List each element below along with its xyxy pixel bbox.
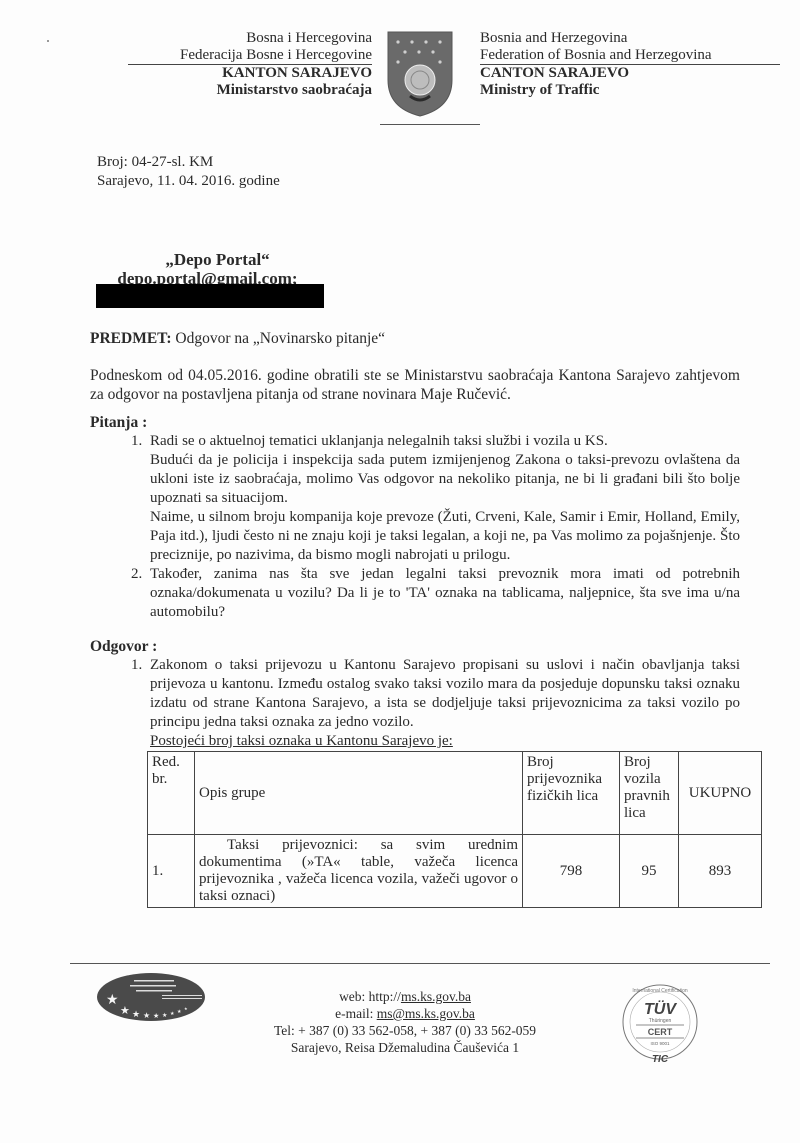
canton-name-en: CANTON SARAJEVO bbox=[480, 65, 780, 82]
footer-divider bbox=[70, 963, 770, 964]
address-line: Sarajevo, Reisa Džemaludina Čauševića 1 bbox=[240, 1039, 570, 1056]
answer-item: Zakonom o taksi prijevozu u Kantonu Sara… bbox=[146, 656, 740, 751]
question-item: Također, zanima nas šta sve jedan legaln… bbox=[146, 565, 740, 622]
letterhead-left: Bosna i Hercegovina Federacija Bosne i H… bbox=[150, 30, 372, 99]
table-cell: Taksi prijevoznici: sa svim urednim doku… bbox=[195, 835, 523, 908]
question-text: Također, zanima nas šta sve jedan legaln… bbox=[150, 565, 740, 622]
taxi-marks-table: Red. br. Opis grupe Broj prijevoznika fi… bbox=[147, 751, 762, 908]
svg-text:★: ★ bbox=[177, 1009, 182, 1015]
letterhead-right: Bosnia and Herzegovina Federation of Bos… bbox=[480, 30, 780, 99]
coat-of-arms-icon bbox=[386, 30, 454, 118]
email-line: e-mail: ms@ms.ks.gov.ba bbox=[240, 1005, 570, 1022]
table-header-row: Red. br. Opis grupe Broj prijevoznika fi… bbox=[148, 752, 762, 835]
question-text: Naime, u silnom broju kompanija koje pre… bbox=[150, 508, 740, 565]
crest-divider bbox=[380, 124, 480, 125]
document-meta: Broj: 04-27-sl. KM Sarajevo, 11. 04. 201… bbox=[97, 153, 280, 191]
document-date: Sarajevo, 11. 04. 2016. godine bbox=[97, 172, 280, 191]
recipient-name: „Depo Portal“ bbox=[120, 250, 315, 269]
svg-text:★: ★ bbox=[153, 1012, 159, 1020]
federation-name-en: Federation of Bosnia and Herzegovina bbox=[480, 47, 780, 65]
table-cell: 798 bbox=[523, 835, 620, 908]
scan-speck bbox=[47, 40, 49, 42]
svg-text:★: ★ bbox=[184, 1006, 188, 1011]
table-cell: 95 bbox=[620, 835, 679, 908]
ministry-name-bs: Ministarstvo saobraćaja bbox=[150, 82, 372, 99]
phone-line: Tel: + 387 (0) 33 562-058, + 387 (0) 33 … bbox=[240, 1022, 570, 1039]
canton-stars-logo-icon: ★ ★ ★ ★ ★ ★ ★ ★ ★ bbox=[96, 972, 206, 1022]
reference-number: Broj: 04-27-sl. KM bbox=[97, 153, 280, 172]
canton-name-bs: KANTON SARAJEVO bbox=[150, 65, 372, 82]
intro-paragraph: Podneskom od 04.05.2016. godine obratili… bbox=[90, 366, 740, 404]
contact-info: web: http://ms.ks.gov.ba e-mail: ms@ms.k… bbox=[240, 988, 570, 1056]
svg-text:★: ★ bbox=[120, 1004, 130, 1017]
table-header: Broj vozila pravnih lica bbox=[620, 752, 679, 835]
email-label: e-mail: bbox=[335, 1006, 377, 1021]
svg-text:TIC: TIC bbox=[652, 1054, 669, 1065]
answer-section: Odgovor : Zakonom o taksi prijevozu u Ka… bbox=[90, 638, 740, 908]
subject-line: PREDMET: Odgovor na „Novinarsko pitanje“ bbox=[90, 330, 385, 348]
email-link[interactable]: ms@ms.ks.gov.ba bbox=[377, 1006, 475, 1021]
subject-label: PREDMET: bbox=[90, 330, 172, 347]
answer-text: Zakonom o taksi prijevozu u Kantonu Sara… bbox=[150, 656, 740, 732]
svg-text:TÜV: TÜV bbox=[644, 999, 677, 1018]
answer-title: Odgovor : bbox=[90, 638, 740, 656]
recipient-block: „Depo Portal“ depo.portal@gmail.com; bbox=[120, 250, 315, 288]
table-header: UKUPNO bbox=[679, 752, 762, 835]
web-label: web: http:// bbox=[339, 989, 401, 1004]
question-item: Radi se o aktuelnoj tematici uklanjanja … bbox=[146, 432, 740, 565]
tuv-cert-logo-icon: TÜV Thüringen CERT ISO 9001 TIC Internat… bbox=[620, 972, 700, 1072]
svg-text:★: ★ bbox=[143, 1011, 150, 1020]
subject-text: Odgovor na „Novinarsko pitanje“ bbox=[172, 330, 386, 347]
table-caption: Postojeći broj taksi oznaka u Kantonu Sa… bbox=[150, 732, 740, 751]
table-header: Broj prijevoznika fizičkih lica bbox=[523, 752, 620, 835]
table-row: 1. Taksi prijevoznici: sa svim urednim d… bbox=[148, 835, 762, 908]
question-text: Budući da je policija i inspekcija sada … bbox=[150, 451, 740, 508]
svg-text:★: ★ bbox=[170, 1011, 175, 1017]
redaction-bar bbox=[96, 284, 324, 308]
table-cell: 1. bbox=[148, 835, 195, 908]
question-text: Radi se o aktuelnoj tematici uklanjanja … bbox=[150, 432, 740, 451]
federation-name-bs: Federacija Bosne i Hercegovine bbox=[128, 47, 372, 65]
svg-text:★: ★ bbox=[106, 992, 119, 1008]
table-header: Red. br. bbox=[148, 752, 195, 835]
ministry-name-en: Ministry of Traffic bbox=[480, 82, 780, 99]
country-name-bs: Bosna i Hercegovina bbox=[150, 30, 372, 47]
svg-text:CERT: CERT bbox=[648, 1027, 673, 1037]
table-cell: 893 bbox=[679, 835, 762, 908]
svg-text:International Certification: International Certification bbox=[632, 988, 688, 994]
table-header: Opis grupe bbox=[195, 752, 523, 835]
website-link[interactable]: ms.ks.gov.ba bbox=[401, 989, 471, 1004]
svg-text:★: ★ bbox=[132, 1010, 140, 1020]
svg-text:★: ★ bbox=[162, 1012, 167, 1019]
questions-title: Pitanja : bbox=[90, 414, 740, 432]
questions-section: Pitanja : Radi se o aktuelnoj tematici u… bbox=[90, 414, 740, 622]
website-line: web: http://ms.ks.gov.ba bbox=[240, 988, 570, 1005]
svg-text:Thüringen: Thüringen bbox=[649, 1018, 672, 1024]
svg-text:ISO 9001: ISO 9001 bbox=[650, 1041, 670, 1046]
country-name-en: Bosnia and Herzegovina bbox=[480, 30, 780, 47]
